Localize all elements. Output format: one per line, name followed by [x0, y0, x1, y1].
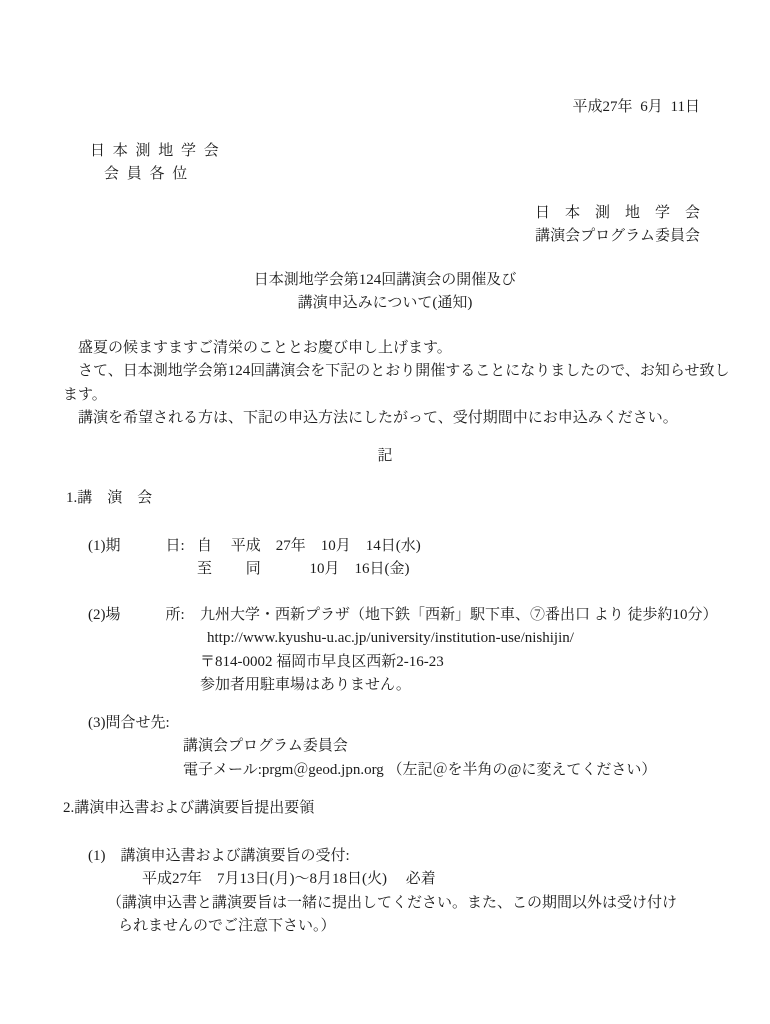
venue-url: http://www.kyushu-u.ac.jp/university/ins… — [207, 630, 574, 646]
document-page: 平成27年 6月 11日 日 本 測 地 学 会 会 員 各 位 日 本 測 地… — [0, 0, 770, 1024]
doc-title-line1: 日本測地学会第124回講演会の開催及び — [0, 269, 770, 293]
venue-address: 〒814-0002 福岡市早良区西新2-16-23 — [200, 654, 444, 670]
record-marker: 記 — [0, 445, 770, 469]
submission-note-row1: （講演申込書と講演要旨は一緒に提出してください。また、この期間以外は受け付け — [0, 892, 770, 916]
submission-heading: (1) 講演申込書および講演要旨の受付: — [0, 845, 770, 869]
contact-committee: 講演会プログラム委員会 — [183, 738, 348, 754]
announcement-line1: さて、日本測地学会第124回講演会を下記のとおり開催することになりましたので、お… — [0, 360, 770, 384]
schedule-label: (1)期 日: — [88, 535, 197, 559]
submission-period: 平成27年 7月13日(月)～8月18日(火) 必着 — [142, 871, 436, 887]
section2-heading: 2.講演申込書および講演要旨提出要領 — [0, 797, 770, 821]
schedule-row-to: 至 同 10月 16日(金) — [0, 558, 770, 582]
section1-heading: 1.講 演 会 — [0, 487, 770, 511]
contact-email-row: 電子メール:prgm＠geod.jpn.org （左記＠を半角の@に変えてくださ… — [0, 759, 770, 783]
venue-url-row: http://www.kyushu-u.ac.jp/university/ins… — [0, 627, 770, 651]
schedule-from: 自 平成 27年 10月 14日(水) — [197, 538, 421, 554]
venue-name: 九州大学・西新プラザ（地下鉄「西新」駅下車、⑦番出口 より 徒歩約10分） — [200, 607, 718, 623]
sender-committee: 講演会プログラム委員会 — [0, 225, 770, 249]
venue-row: (2)場 所:九州大学・西新プラザ（地下鉄「西新」駅下車、⑦番出口 より 徒歩約… — [0, 604, 770, 628]
doc-title-line2: 講演申込みについて(通知) — [0, 292, 770, 316]
contact-committee-row: 講演会プログラム委員会 — [0, 735, 770, 759]
announcement-line2: ます。 — [0, 384, 770, 408]
submission-note-line2: られませんのでご注意下さい。） — [118, 918, 336, 934]
submission-note-row2: られませんのでご注意下さい。） — [0, 915, 770, 939]
submission-note-line1: （講演申込書と講演要旨は一緒に提出してください。また、この期間以外は受け付け — [107, 895, 677, 911]
addressee-name: 日 本 測 地 学 会 — [0, 140, 770, 164]
contact-label: (3)問合せ先: — [0, 712, 770, 736]
submission-period-row: 平成27年 7月13日(月)～8月18日(火) 必着 — [0, 868, 770, 892]
issue-date: 平成27年 6月 11日 — [0, 96, 770, 120]
venue-parking-note: 参加者用駐車場はありません。 — [200, 677, 411, 693]
venue-parking-row: 参加者用駐車場はありません。 — [0, 674, 770, 698]
sender-org: 日 本 測 地 学 会 — [0, 202, 770, 226]
schedule-to: 至 同 10月 16日(金) — [197, 561, 410, 577]
venue-label: (2)場 所: — [88, 604, 200, 628]
venue-address-row: 〒814-0002 福岡市早良区西新2-16-23 — [0, 651, 770, 675]
application-invite: 講演を希望される方は、下記の申込方法にしたがって、受付期間中にお申込みください。 — [0, 407, 770, 431]
addressee-honorific: 会 員 各 位 — [0, 163, 770, 187]
greeting-paragraph: 盛夏の候ますますご清栄のこととお慶び申し上げます。 — [0, 337, 770, 361]
contact-email: 電子メール:prgm＠geod.jpn.org （左記＠を半角の@に変えてくださ… — [183, 762, 656, 778]
schedule-row-from: (1)期 日:自 平成 27年 10月 14日(水) — [0, 535, 770, 559]
